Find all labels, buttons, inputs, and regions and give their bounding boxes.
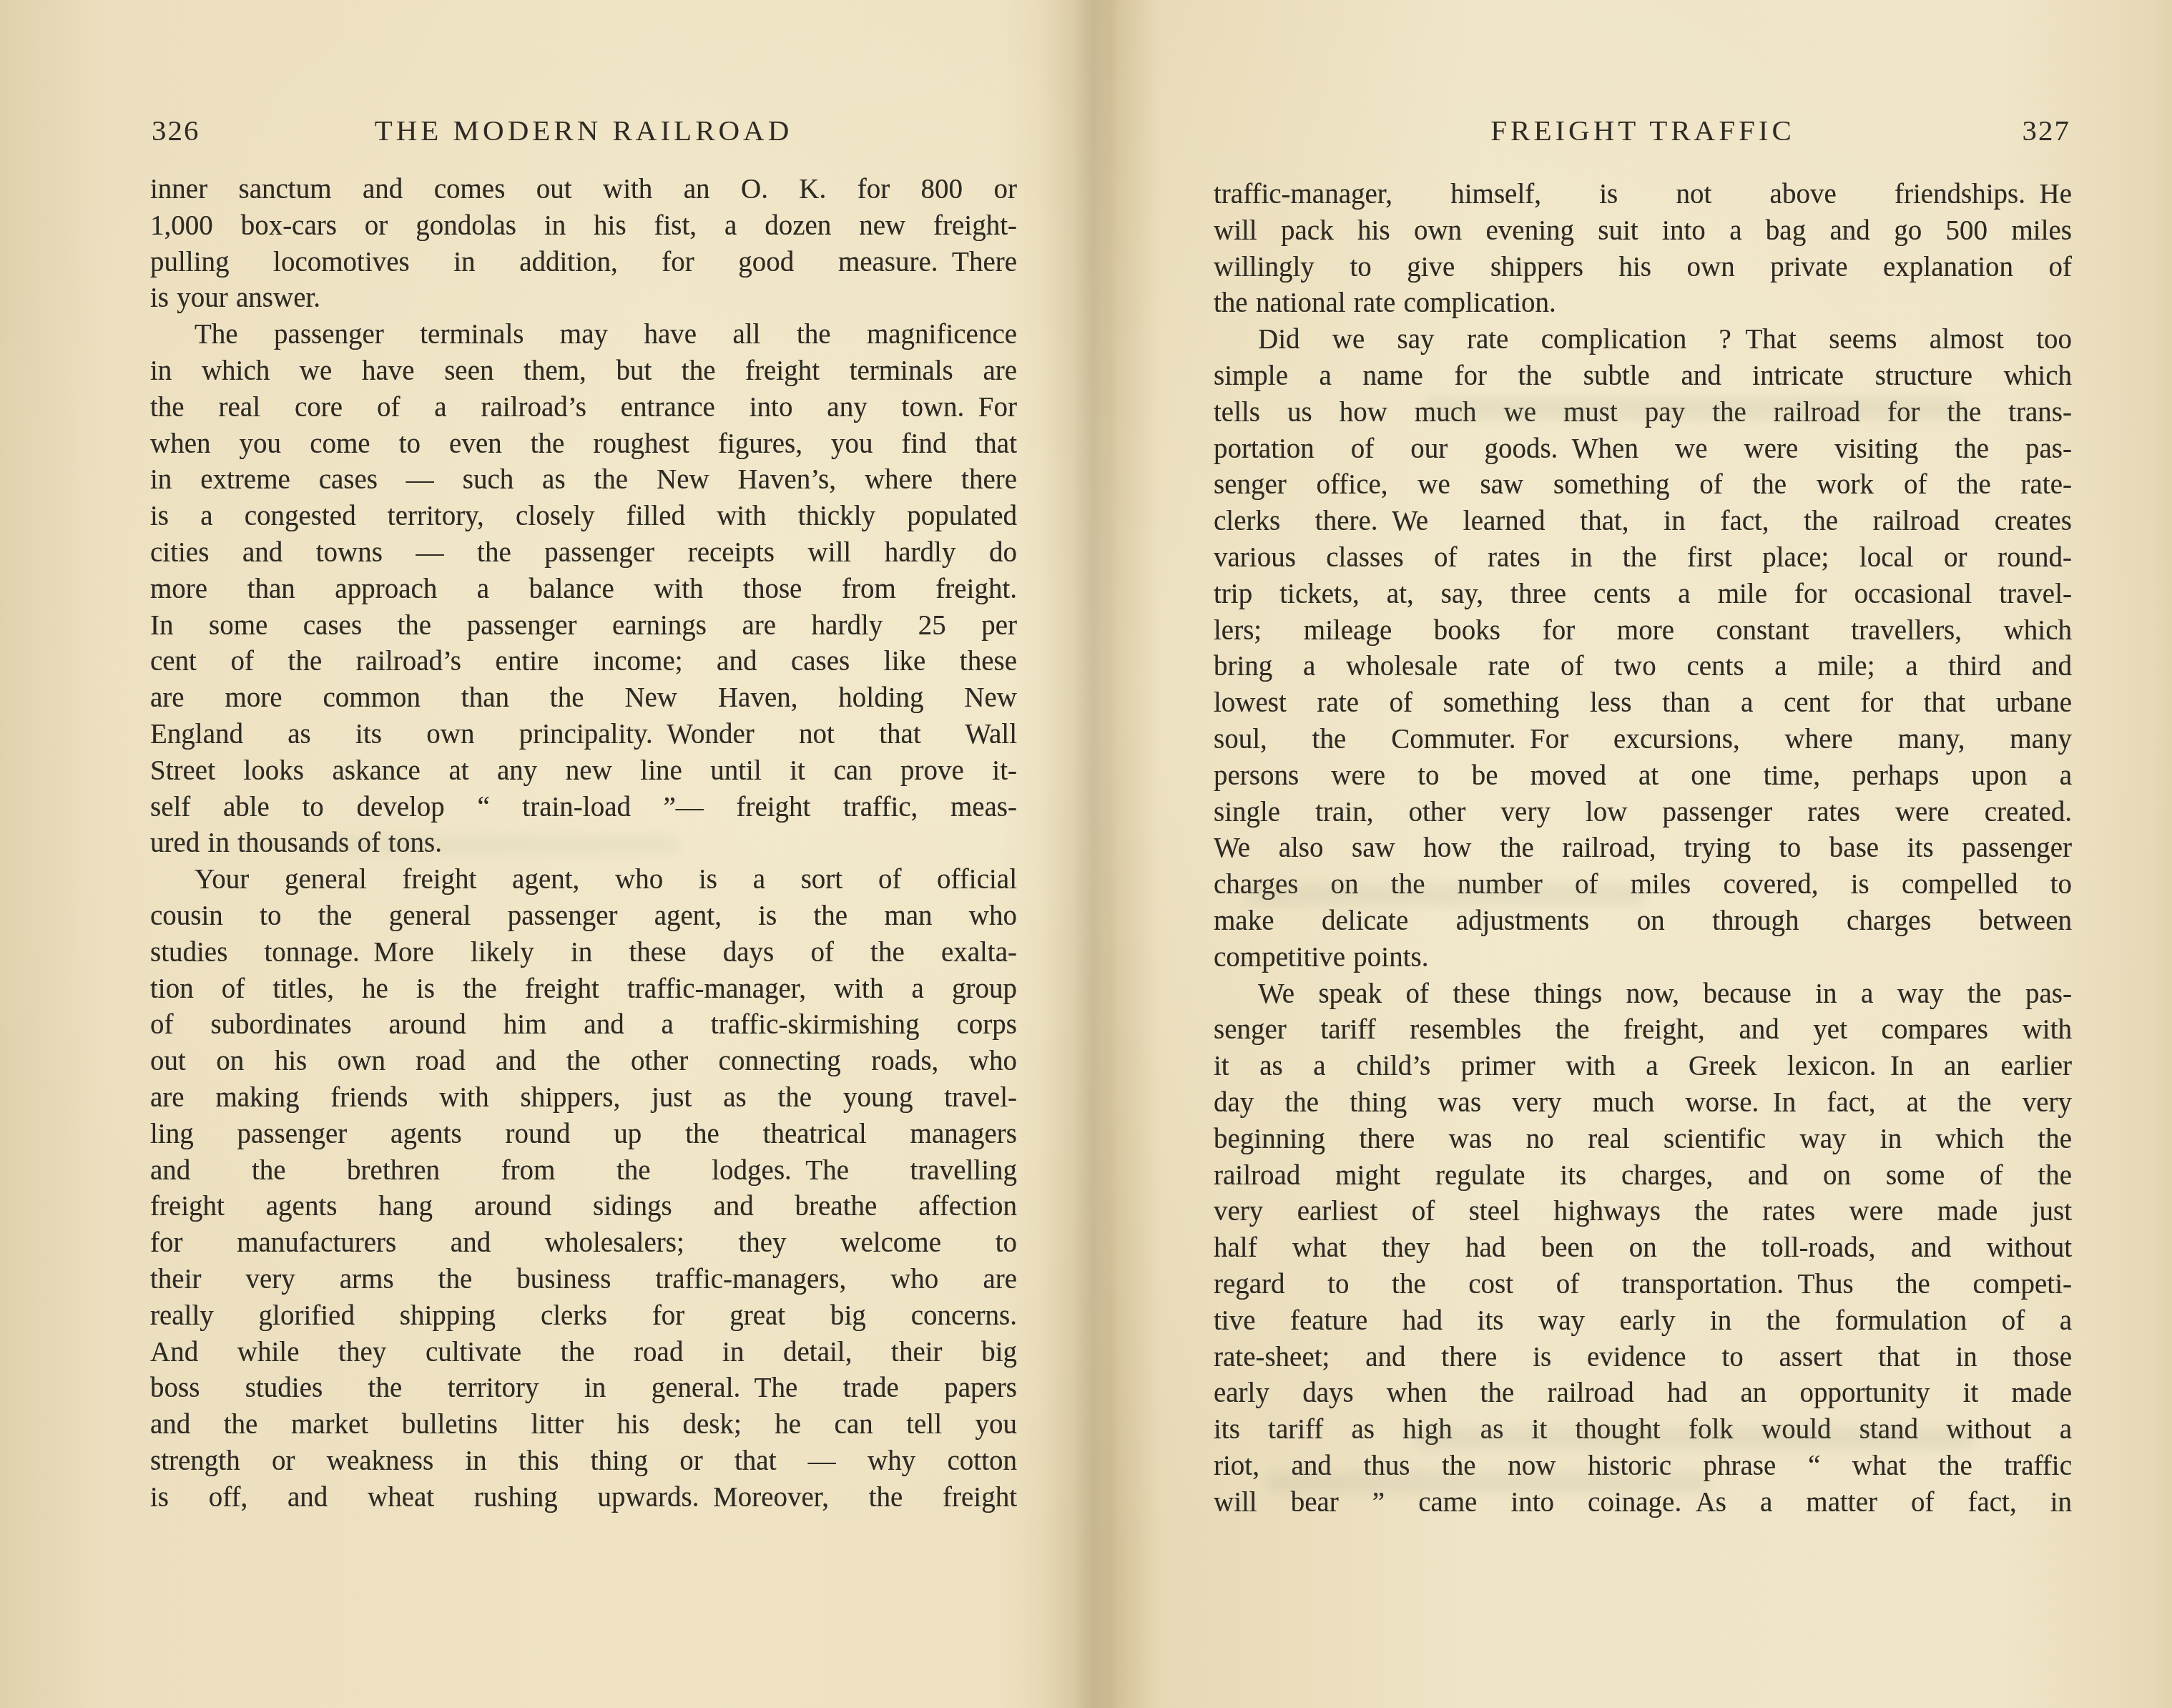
text-line: tells us how much we must pay the railro… — [1214, 395, 2072, 431]
text-line: ling passenger agents round up the theat… — [150, 1116, 1017, 1153]
text-line: bring a wholesale rate of two cents a mi… — [1214, 649, 2072, 685]
text-line: We speak of these things now, because in… — [1214, 976, 2072, 1013]
text-line: lowest rate of something less than a cen… — [1214, 685, 2072, 722]
text-line: 1,000 box-cars or gondolas in his fist, … — [150, 208, 1017, 245]
page-body: inner sanctum and comes out with an O. K… — [150, 172, 1017, 1516]
text-line: in which we have seen them, but the frei… — [150, 353, 1017, 390]
text-line: various classes of rates in the first pl… — [1214, 540, 2072, 576]
text-line: rate-sheet; and there is evidence to ass… — [1214, 1340, 2072, 1376]
page-number: 327 — [2023, 113, 2071, 147]
text-line: is off, and wheat rushing upwards. Moreo… — [150, 1480, 1017, 1516]
text-line: single train, other very low passenger r… — [1214, 795, 2072, 831]
text-line: self able to develop “ train-load ”— fre… — [150, 790, 1017, 826]
text-line: senger office, we saw something of the w… — [1214, 467, 2072, 504]
text-line: Did we say rate complication ? That seem… — [1214, 322, 2072, 358]
text-line: soul, the Commuter. For excursions, wher… — [1214, 722, 2072, 758]
text-line: in extreme cases — such as the New Haven… — [150, 462, 1017, 499]
text-line: England as its own principality. Wonder … — [150, 717, 1017, 753]
paragraph: The passenger terminals may have all the… — [150, 317, 1017, 862]
text-line: make delicate adjustments on through cha… — [1214, 903, 2072, 940]
text-line: and the market bulletins litter his desk… — [150, 1407, 1017, 1443]
text-line: cities and towns — the passenger receipt… — [150, 535, 1017, 571]
text-line: early days when the railroad had an oppo… — [1214, 1375, 2072, 1412]
text-line: traffic-manager, himself, is not above f… — [1214, 177, 2072, 213]
text-line: ured in thousands of tons. — [150, 825, 1017, 862]
page-gutter-shadow — [1041, 0, 1155, 1708]
text-line: will bear ” came into coinage. As a matt… — [1214, 1485, 2072, 1521]
text-line: their very arms the business traffic-man… — [150, 1262, 1017, 1298]
text-line: regard to the cost of transportation. Th… — [1214, 1267, 2072, 1303]
text-line: more than approach a balance with those … — [150, 571, 1017, 608]
text-line: clerks there. We learned that, in fact, … — [1214, 504, 2072, 540]
text-line: In some cases the passenger earnings are… — [150, 608, 1017, 644]
text-line: competitive points. — [1214, 940, 2072, 976]
text-line: of subordinates around him and a traffic… — [150, 1007, 1017, 1044]
text-line: Street looks askance at any new line unt… — [150, 753, 1017, 790]
text-line: inner sanctum and comes out with an O. K… — [150, 172, 1017, 208]
paragraph: traffic-manager, himself, is not above f… — [1214, 177, 2072, 322]
page-number: 326 — [152, 113, 200, 147]
text-line: the national rate complication. — [1214, 285, 2072, 322]
text-line: And while they cultivate the road in det… — [150, 1335, 1017, 1371]
running-head: FREIGHT TRAFFIC — [1214, 113, 2072, 147]
text-line: it as a child’s primer with a Greek lexi… — [1214, 1049, 2072, 1085]
text-line: We also saw how the railroad, trying to … — [1214, 830, 2072, 867]
text-line: The passenger terminals may have all the… — [150, 317, 1017, 353]
text-line: railroad might regulate its charges, and… — [1214, 1158, 2072, 1194]
page-left: 326 THE MODERN RAILROAD inner sanctum an… — [150, 113, 1017, 1516]
text-line: its tariff as high as it thought folk wo… — [1214, 1412, 2072, 1448]
text-line: simple a name for the subtle and intrica… — [1214, 358, 2072, 395]
book-spread: 326 THE MODERN RAILROAD inner sanctum an… — [0, 0, 2172, 1708]
page-header-right: FREIGHT TRAFFIC 327 — [1214, 113, 2072, 147]
text-line: charges on the number of miles covered, … — [1214, 867, 2072, 903]
text-line: are more common than the New Haven, hold… — [150, 680, 1017, 717]
text-line: beginning there was no real scientific w… — [1214, 1122, 2072, 1158]
text-line: day the thing was very much worse. In fa… — [1214, 1085, 2072, 1122]
text-line: is your answer. — [150, 280, 1017, 317]
text-line: when you come to even the roughest figur… — [150, 426, 1017, 463]
text-line: riot, and thus the now historic phrase “… — [1214, 1448, 2072, 1485]
text-line: Your general freight agent, who is a sor… — [150, 862, 1017, 898]
text-line: studies tonnage. More likely in these da… — [150, 935, 1017, 971]
text-line: really glorified shipping clerks for gre… — [150, 1298, 1017, 1335]
page-header-left: 326 THE MODERN RAILROAD — [150, 113, 1017, 147]
page-body: traffic-manager, himself, is not above f… — [1214, 177, 2072, 1521]
text-line: senger tariff resembles the freight, and… — [1214, 1012, 2072, 1049]
text-line: the real core of a railroad’s entrance i… — [150, 390, 1017, 426]
text-line: is a congested territory, closely filled… — [150, 499, 1017, 535]
text-line: strength or weakness in this thing or th… — [150, 1443, 1017, 1480]
paragraph: inner sanctum and comes out with an O. K… — [150, 172, 1017, 317]
text-line: willingly to give shippers his own priva… — [1214, 250, 2072, 286]
text-line: very earliest of steel highways the rate… — [1214, 1194, 2072, 1230]
text-line: cousin to the general passenger agent, i… — [150, 898, 1017, 935]
text-line: half what they had been on the toll-road… — [1214, 1230, 2072, 1267]
text-line: for manufacturers and wholesalers; they … — [150, 1225, 1017, 1262]
text-line: tive feature had its way early in the fo… — [1214, 1303, 2072, 1340]
paragraph: Your general freight agent, who is a sor… — [150, 862, 1017, 1516]
running-head: THE MODERN RAILROAD — [150, 113, 1017, 147]
paragraph: We speak of these things now, because in… — [1214, 976, 2072, 1521]
text-line: persons were to be moved at one time, pe… — [1214, 758, 2072, 795]
text-line: boss studies the territory in general. T… — [150, 1370, 1017, 1407]
text-line: trip tickets, at, say, three cents a mil… — [1214, 576, 2072, 613]
page-right: FREIGHT TRAFFIC 327 traffic-manager, him… — [1214, 113, 2072, 1521]
paragraph: Did we say rate complication ? That seem… — [1214, 322, 2072, 976]
text-line: out on his own road and the other connec… — [150, 1044, 1017, 1080]
text-line: lers; mileage books for more constant tr… — [1214, 613, 2072, 649]
text-line: pulling locomotives in addition, for goo… — [150, 245, 1017, 281]
text-line: portation of our goods. When we were vis… — [1214, 431, 2072, 468]
text-line: tion of titles, he is the freight traffi… — [150, 971, 1017, 1008]
text-line: cent of the railroad’s entire income; an… — [150, 644, 1017, 680]
text-line: will pack his own evening suit into a ba… — [1214, 213, 2072, 250]
text-line: and the brethren from the lodges. The tr… — [150, 1153, 1017, 1189]
text-line: are making friends with shippers, just a… — [150, 1080, 1017, 1116]
text-line: freight agents hang around sidings and b… — [150, 1189, 1017, 1225]
